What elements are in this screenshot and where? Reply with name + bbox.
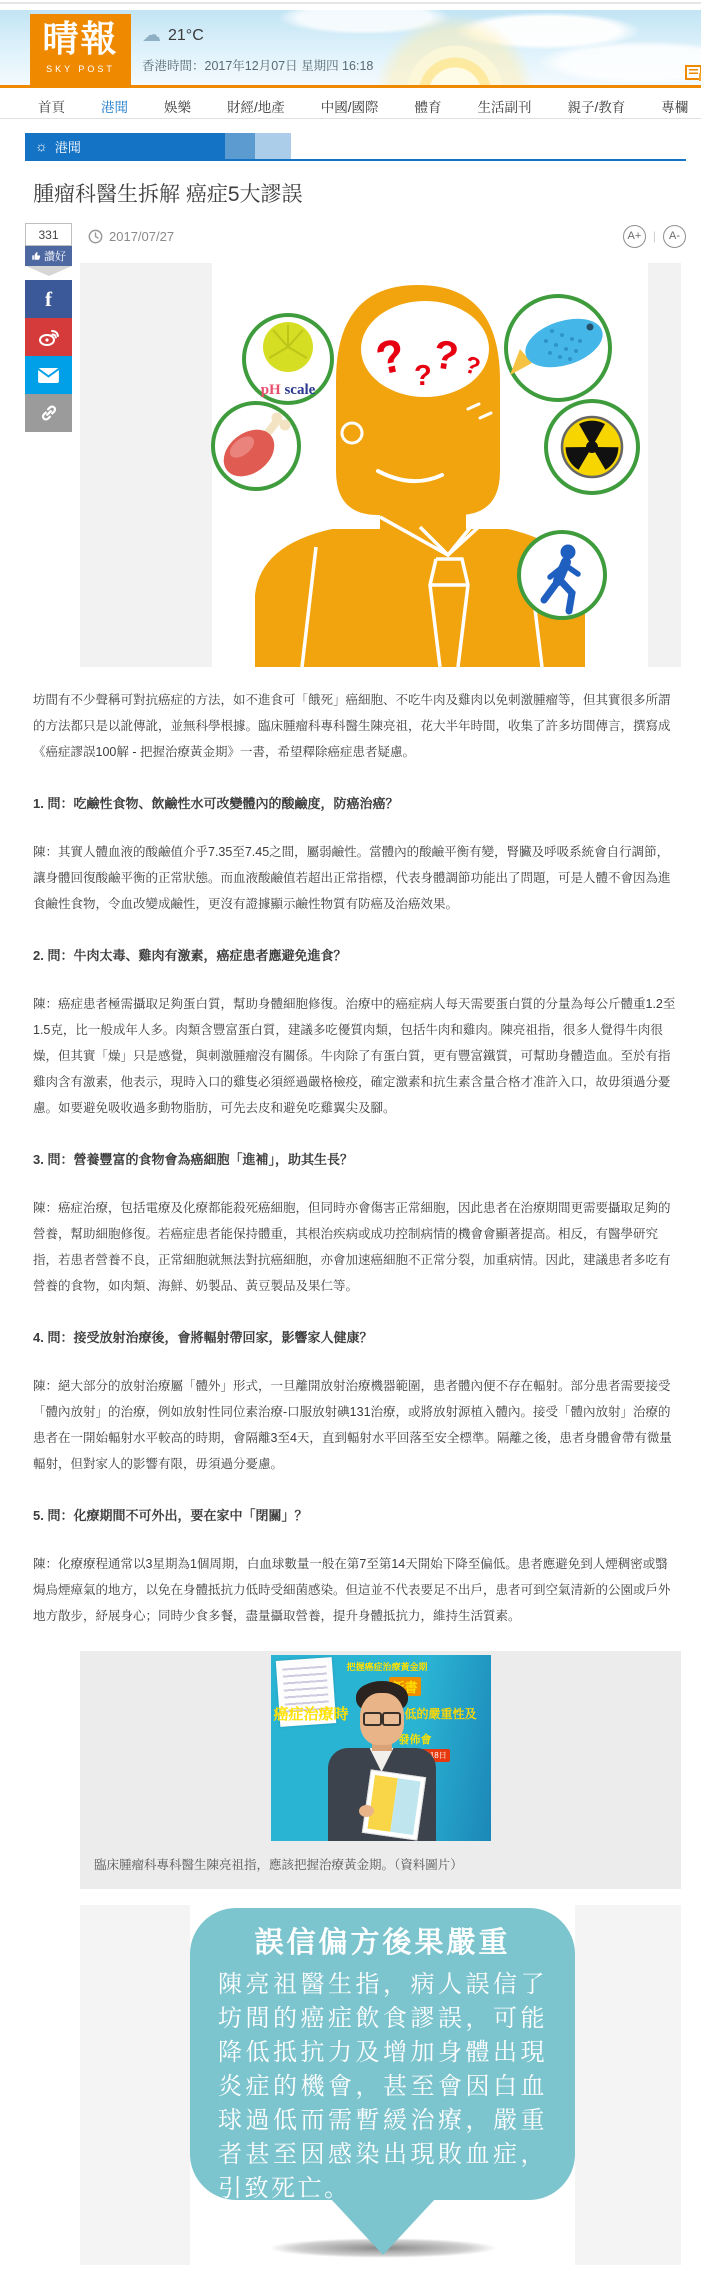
article-meta: 2017/07/27 A+ | A- xyxy=(88,223,686,249)
skypost-logo[interactable]: 晴報 SKY POST xyxy=(30,14,131,85)
svg-text:pH scale: pH scale xyxy=(261,382,316,398)
cancer-myths-illustration: ? ? ? ? xyxy=(80,263,681,667)
question-2: 2. 問：牛肉太毒、雞肉有激素，癌症患者應避免進食？ xyxy=(33,943,676,969)
copy-link-button[interactable] xyxy=(25,394,72,432)
section-header: ☼ 港聞 xyxy=(25,133,686,161)
font-separator: | xyxy=(653,229,656,243)
walking-person-badge xyxy=(519,532,605,618)
speech-bubble-canvas: 誤信偏方後果嚴重 陳亮祖醫生指，病人誤信了坊間的癌症飲食謬誤，可能降低抵抗力及增… xyxy=(190,1905,575,2265)
article-hero-illustration: ? ? ? ? xyxy=(80,263,686,667)
ph-scale-badge: pH scale xyxy=(244,315,332,403)
logo-title: 晴報 xyxy=(30,14,131,64)
page-title: 腫瘤科醫生拆解 癌症5大謬誤 xyxy=(25,178,686,208)
drumstick-badge xyxy=(213,403,299,489)
top-divider xyxy=(0,2,701,10)
backdrop-text: 過低的嚴重性及 xyxy=(393,1705,477,1722)
like-button[interactable]: 讚好 xyxy=(25,246,72,266)
doctor-glasses xyxy=(363,1712,401,1723)
photo-block: 把握癌症治療黃金期 新書 癌症治療時 過低的嚴重性及 發佈會 17年7月18日 … xyxy=(80,1651,681,1889)
speech-bubble-block: 誤信偏方後果嚴重 陳亮祖醫生指，病人誤信了坊間的癌症飲食謬誤，可能降低抵抗力及增… xyxy=(80,1905,681,2265)
font-decrease-button[interactable]: A- xyxy=(663,225,686,248)
sun-icon: ☼ xyxy=(35,138,48,154)
question-3: 3. 問：營養豐富的食物會為癌細胞「進補」，助其生長？ xyxy=(33,1147,676,1173)
doctor-hand xyxy=(359,1805,374,1817)
publish-date: 2017/07/27 xyxy=(88,229,174,244)
nav-item-parenting[interactable]: 親子/教育 xyxy=(568,88,626,119)
logo-subtitle: SKY POST xyxy=(30,64,131,74)
answer-3: 陳：癌症治療，包括電療及化療都能殺死癌細胞，但同時亦會傷害正常細胞，因此患者在治… xyxy=(33,1195,676,1299)
radiation-badge xyxy=(546,401,638,493)
email-share-button[interactable] xyxy=(25,356,72,394)
svg-text:?: ? xyxy=(414,360,432,392)
section-gradient-block xyxy=(255,133,291,159)
backdrop-text: 把握癌症治療黃金期 xyxy=(347,1660,428,1673)
answer-2: 陳：癌症患者極需攝取足夠蛋白質，幫助身體細胞修復。治療中的癌症病人每天需要蛋白質… xyxy=(33,991,676,1121)
nav-item-columns[interactable]: 專欄 xyxy=(661,88,688,119)
book-cover xyxy=(361,1769,425,1840)
bubble-tail xyxy=(330,2198,436,2255)
epaper-icon[interactable] xyxy=(685,65,701,80)
backdrop-text: 發佈會 xyxy=(399,1731,432,1747)
speech-bubble: 誤信偏方後果嚴重 陳亮祖醫生指，病人誤信了坊間的癌症飲食謬誤，可能降低抵抗力及增… xyxy=(190,1908,575,2200)
question-4: 4. 問：接受放射治療後，會將輻射帶回家，影響家人健康？ xyxy=(33,1325,676,1351)
link-icon xyxy=(38,402,60,424)
article-body: 坊間有不少聲稱可對抗癌症的方法，如不進食可「餓死」癌細胞、不吃牛肉及雞肉以免刺激… xyxy=(25,667,686,1629)
nav-item-entertainment[interactable]: 娛樂 xyxy=(164,88,191,119)
answer-4: 陳：絕大部分的放射治療屬「體外」形式，一旦離開放射治療機器範圍，患者體內便不存在… xyxy=(33,1373,676,1477)
fish-badge xyxy=(506,296,610,400)
publish-date-text: 2017/07/27 xyxy=(109,229,174,244)
backdrop-text: 癌症治療時 xyxy=(274,1703,349,1724)
answer-5: 陳：化療療程通常以3星期為1個周期，白血球數量一般在第7至第14天開始下降至偏低… xyxy=(33,1551,676,1629)
like-label: 讚好 xyxy=(44,248,66,264)
photo-caption: 臨床腫瘤科專科醫生陳亮祖指，應該把握治療黃金期。（資料圖片） xyxy=(80,1841,681,1889)
nav-item-lifestyle[interactable]: 生活副刊 xyxy=(478,88,532,119)
thumbs-up-icon xyxy=(31,251,41,261)
nav-item-finance[interactable]: 財經/地產 xyxy=(227,88,285,119)
facebook-share-button[interactable]: f xyxy=(25,280,72,318)
section-gradient-block xyxy=(225,133,255,159)
section-bar: ☼ 港聞 xyxy=(25,133,225,159)
question-5: 5. 問：化療期間不可外出，要在家中「閉關」？ xyxy=(33,1503,676,1529)
datetime: 香港時間：2017年12月07日 星期四 16:18 xyxy=(142,56,373,74)
nav-item-home[interactable]: 首頁 xyxy=(38,88,65,119)
nav-item-sports[interactable]: 體育 xyxy=(415,88,442,119)
bubble-title: 誤信偏方後果嚴重 xyxy=(190,1920,575,1961)
clock-icon xyxy=(88,229,103,244)
question-1: 1. 問：吃鹼性食物、飲鹼性水可改變體內的酸鹼度，防癌治癌？ xyxy=(33,791,676,817)
doctor-photo: 把握癌症治療黃金期 新書 癌症治療時 過低的嚴重性及 發佈會 17年7月18日 xyxy=(271,1655,491,1841)
like-count: 331 xyxy=(25,223,72,246)
temperature: 21°C xyxy=(168,27,204,45)
envelope-icon xyxy=(37,367,60,384)
weibo-icon xyxy=(37,325,61,349)
nav-item-local-news[interactable]: 港聞 xyxy=(101,88,128,119)
weather-widget: ☁ 21°C 香港時間：2017年12月07日 星期四 16:18 xyxy=(142,24,373,74)
font-size-controls: A+ | A- xyxy=(623,225,686,248)
answer-1: 陳：其實人體血液的酸鹼值介乎7.35至7.45之間，屬弱鹼性。當體內的酸鹼平衡有… xyxy=(33,839,676,917)
masthead: 晴報 SKY POST ☁ 21°C 香港時間：2017年12月07日 星期四 … xyxy=(0,10,701,88)
nav-item-china-intl[interactable]: 中國/國際 xyxy=(321,88,379,119)
main-nav: 首頁 港聞 娛樂 財經/地產 中國/國際 體育 生活副刊 親子/教育 專欄 專題 xyxy=(0,88,701,119)
weather-cloud-icon: ☁ xyxy=(142,24,161,47)
page-bottom-space xyxy=(0,2265,701,2293)
intro-paragraph: 坊間有不少聲稱可對抗癌症的方法，如不進食可「餓死」癌細胞、不吃牛肉及雞肉以免刺激… xyxy=(33,687,676,765)
share-rail: 331 讚好 f xyxy=(25,223,72,432)
like-arrow xyxy=(26,266,72,276)
bubble-body: 陳亮祖醫生指，病人誤信了坊間的癌症飲食謬誤，可能降低抵抗力及增加身體出現炎症的機… xyxy=(218,1968,547,2206)
font-increase-button[interactable]: A+ xyxy=(623,225,646,248)
weibo-share-button[interactable] xyxy=(25,318,72,356)
section-label: 港聞 xyxy=(55,137,81,156)
